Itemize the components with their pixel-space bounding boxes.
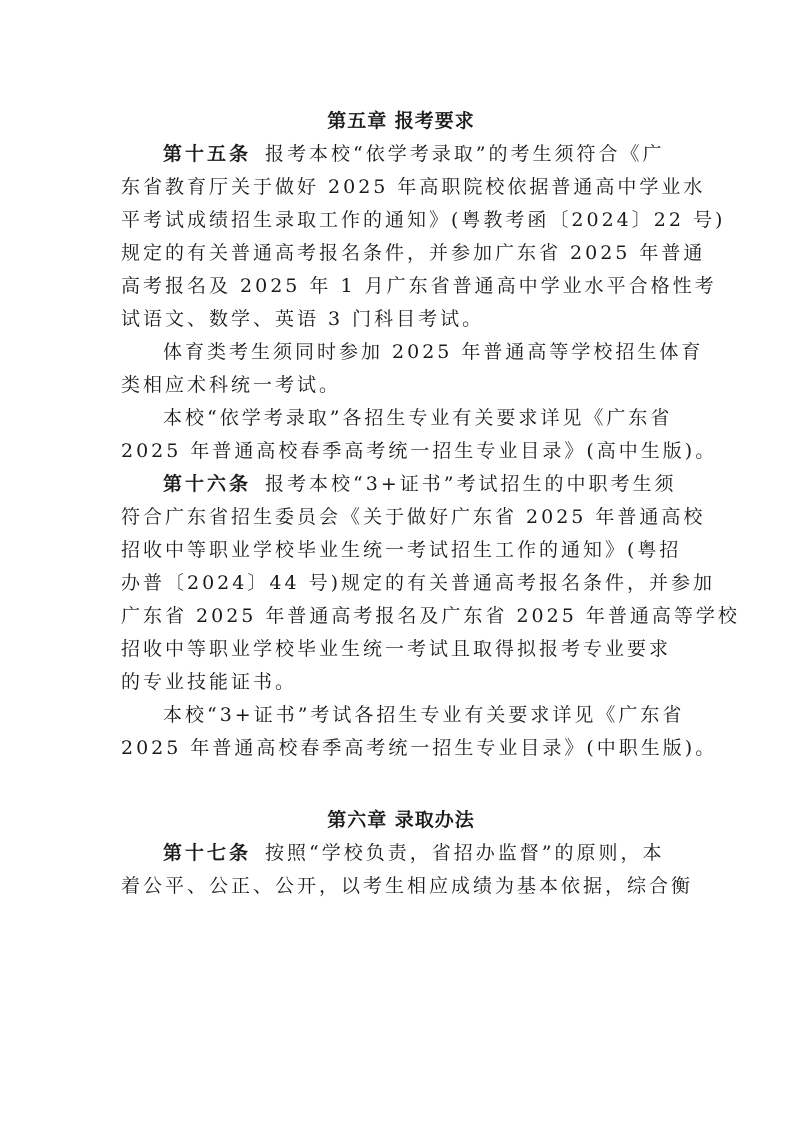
article-16: 第十六条报考本校“3+证书”考试招生的中职考生须 符合广东省招生委员会《关于做好… (121, 468, 681, 699)
article-15-line-5: 试语文、数学、英语 3 门科目考试。 (121, 303, 681, 336)
chapter-6-title: 第六章 录取办法 (121, 803, 681, 837)
article-16-line-1: 符合广东省招生委员会《关于做好广东省 2025 年普通高校 (121, 501, 681, 534)
article-15-para-2-line-1: 类相应术科统一考试。 (121, 369, 681, 402)
article-16-para-2: 本校“3+证书”考试各招生专业有关要求详见《广东省 2025 年普通高校春季高考… (121, 699, 681, 765)
article-16-line-3: 办普〔2024〕44 号)规定的有关普通高考报名条件，并参加 (121, 567, 681, 600)
article-15-para-2-line-0: 体育类考生须同时参加 2025 年普通高等学校招生体育 (121, 336, 681, 369)
article-15-para-2: 体育类考生须同时参加 2025 年普通高等学校招生体育 类相应术科统一考试。 (121, 336, 681, 402)
article-16-line-2: 招收中等职业学校毕业生统一考试招生工作的通知》(粤招 (121, 534, 681, 567)
article-15-para-3-line-0: 本校“依学考录取”各招生专业有关要求详见《广东省 (121, 402, 681, 435)
article-16-line-6: 的专业技能证书。 (121, 666, 681, 699)
article-15-line-3: 规定的有关普通高考报名条件，并参加广东省 2025 年普通 (121, 237, 681, 270)
article-15-para-3: 本校“依学考录取”各招生专业有关要求详见《广东省 2025 年普通高校春季高考统… (121, 402, 681, 468)
article-15-line-1: 东省教育厅关于做好 2025 年高职院校依据普通高中学业水 (121, 171, 681, 204)
article-16-line-0: 第十六条报考本校“3+证书”考试招生的中职考生须 (121, 468, 681, 501)
article-16-line-4: 广东省 2025 年普通高考报名及广东省 2025 年普通高等学校 (121, 600, 681, 633)
article-16-text-0: 报考本校“3+证书”考试招生的中职考生须 (265, 473, 676, 495)
article-15-line-0: 第十五条报考本校“依学考录取”的考生须符合《广 (121, 138, 681, 171)
article-16-line-5: 招收中等职业学校毕业生统一考试且取得拟报考专业要求 (121, 633, 681, 666)
article-16-para-2-line-1: 2025 年普通高校春季高考统一招生专业目录》(中职生版)。 (121, 732, 681, 765)
article-15-para-3-line-1: 2025 年普通高校春季高考统一招生专业目录》(高中生版)。 (121, 435, 681, 468)
article-17-text-0: 按照“学校负责，省招办监督”的原则，本 (265, 842, 664, 864)
article-17-line-0: 第十七条按照“学校负责，省招办监督”的原则，本 (121, 837, 681, 870)
article-15-number: 第十五条 (163, 143, 251, 165)
article-15-text-0: 报考本校“依学考录取”的考生须符合《广 (265, 143, 664, 165)
article-15-line-2: 平考试成绩招生录取工作的通知》(粤教考函〔2024〕22 号) (121, 204, 681, 237)
article-15: 第十五条报考本校“依学考录取”的考生须符合《广 东省教育厅关于做好 2025 年… (121, 138, 681, 336)
article-17-line-1: 着公平、公正、公开，以考生相应成绩为基本依据，综合衡 (121, 870, 681, 903)
chapter-5-title: 第五章 报考要求 (121, 104, 681, 138)
article-17-number: 第十七条 (163, 842, 251, 864)
article-15-line-4: 高考报名及 2025 年 1 月广东省普通高中学业水平合格性考 (121, 270, 681, 303)
article-17: 第十七条按照“学校负责，省招办监督”的原则，本 着公平、公正、公开，以考生相应成… (121, 837, 681, 903)
document-page: 第五章 报考要求 第十五条报考本校“依学考录取”的考生须符合《广 东省教育厅关于… (121, 104, 681, 903)
article-16-number: 第十六条 (163, 473, 251, 495)
article-16-para-2-line-0: 本校“3+证书”考试各招生专业有关要求详见《广东省 (121, 699, 681, 732)
chapter-spacer (121, 765, 681, 803)
